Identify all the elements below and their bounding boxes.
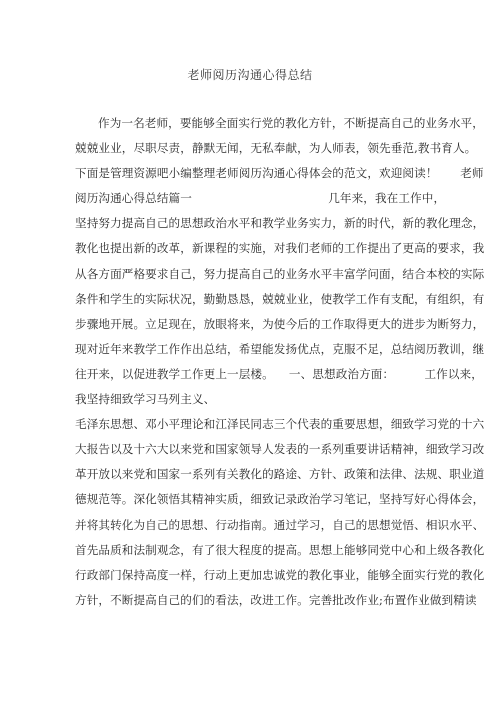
text-line: 首先品质和法制观念，有了很大程度的提高。思想上能够同党中心和上级各教化 [75,540,431,565]
text-line: 往开来，以促进教学工作更上一层楼。 一、思想政治方面： 工作以来， [75,364,431,389]
text-line: 方针，不断提高自己的们的看法，改进工作。完善批改作业;布置作业做到精读 [75,590,431,615]
text-line: 兢兢业业，尽职尽责，静默无闻，无私奉献，为人师表，领先垂范,教书育人。 [75,138,431,163]
text-line: 现对近年来教学工作作出总结，希望能发扬优点，克服不足，总结阅历教训，继 [75,339,431,364]
text-line: 坚持努力提高自己的思想政治水平和教学业务实力，新的时代，新的教化理念， [75,213,431,238]
text-line: 行政部门保持高度一样，行动上更加忠诚党的教化事业，能够全面实行党的教化 [75,565,431,590]
text-line: 作为一名老师，要能够全面实行党的教化方针，不断提高自己的业务水平， [75,113,431,138]
text-line: 毛泽东思想、邓小平理论和江泽民同志三个代表的重要思想，细致学习党的十六 [75,414,431,439]
text-line: 我坚持细致学习马列主义、 [75,389,431,414]
text-line: 大报告以及十六大以来党和国家领导人发表的一系列重要讲话精神，细致学习改 [75,439,431,464]
text-line: 革开放以来党和国家一系列有关教化的路途、方针、政策和法律、法规、职业道 [75,464,431,489]
text-line: 条件和学生的实际状况，勤勤恳恳，兢兢业业，使教学工作有支配，有组织，有 [75,289,431,314]
text-line: 从各方面严格要求自己，努力提高自己的业务水平丰富学问面，结合本校的实际 [75,264,431,289]
text-line: 下面是管理资源吧小编整理老师阅历沟通心得体会的范文，欢迎阅读！ 老师 [75,163,431,188]
text-line: 阅历沟通心得总结篇一 几年来，我在工作中， [75,188,431,213]
text-line: 并将其转化为自己的思想、行动指南。通过学习，自己的思想觉悟、相识水平、 [75,515,431,540]
document-body: 作为一名老师，要能够全面实行党的教化方针，不断提高自己的业务水平， 兢兢业业，尽… [75,113,431,615]
text-line: 教化也提出新的改革，新课程的实施，对我们老师的工作提出了更高的要求，我 [75,238,431,263]
text-line: 德规范等。深化领悟其精神实质，细致记录政治学习笔记，坚持写好心得体会， [75,489,431,514]
document-title: 老师阅历沟通心得总结 [0,66,500,83]
text-line: 步骤地开展。立足现在，放眼将来，为使今后的工作取得更大的进步为断努力， [75,314,431,339]
